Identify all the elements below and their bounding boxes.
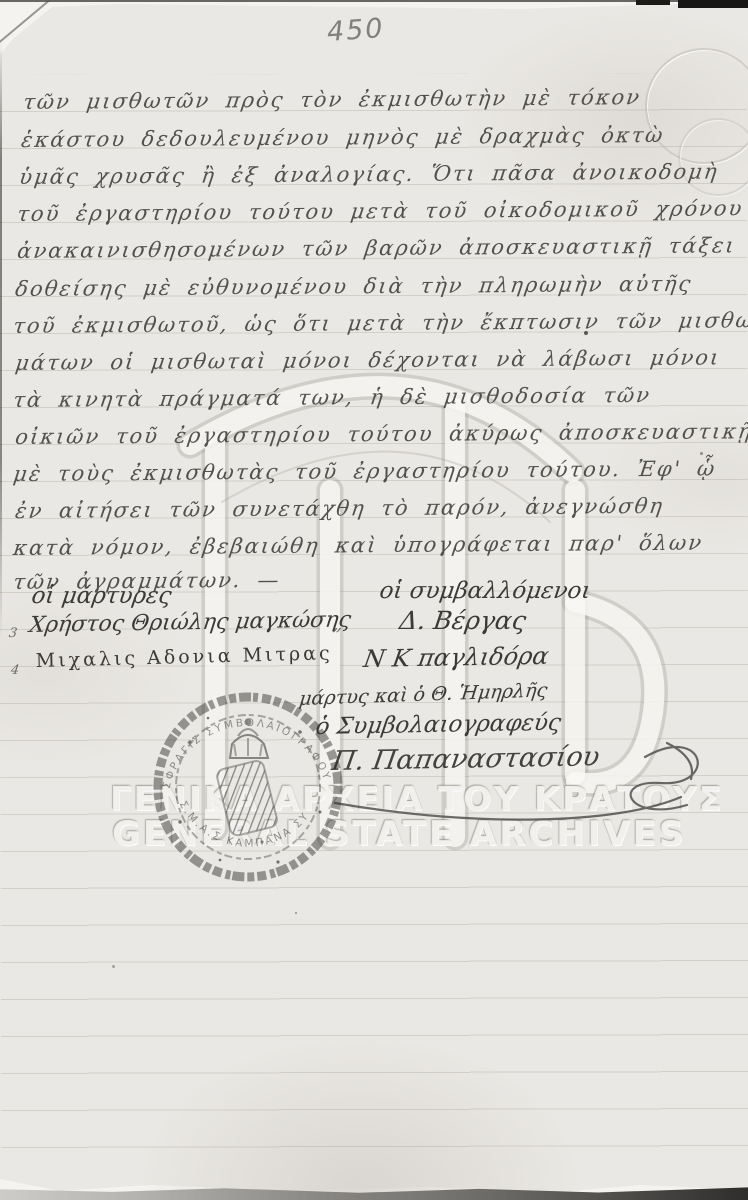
witness-signature-1: Χρήστος Θριώλης μαγκώσης xyxy=(28,609,352,637)
manuscript-line: μὲ τοὺς ἐκμισθωτὰς τοῦ ἐργαστηρίου τούτο… xyxy=(12,458,718,485)
manuscript-line: τὰ κινητὰ πράγματά των, ἡ δὲ μισθοδοσία … xyxy=(12,385,652,411)
manuscript-line: ἐν αἰτήσει τῶν συνετάχθη τὸ παρόν, ἀνεγν… xyxy=(14,496,665,522)
scan-edge-top-right xyxy=(636,0,670,5)
manuscript-line: οἰκιῶν τοῦ ἐργαστηρίου τούτου ἀκύρως ἀπο… xyxy=(14,421,748,448)
manuscript-line: ὑμᾶς χρυσᾶς ἢ ἐξ ἀναλογίας. Ὅτι πᾶσα ἀνο… xyxy=(18,162,720,188)
scanned-archive-page: ΓΕΝΙΚΑ ΑΡΧΕΙΑ ΤΟΥ ΚΡΑΤΟΥΣ GENERAL STATE … xyxy=(0,0,748,1200)
manuscript-line: τοῦ ἐργαστηρίου τούτου μετὰ τοῦ οἰκοδομι… xyxy=(16,198,745,225)
scan-edge-top xyxy=(0,0,748,2)
manuscript-line: τοῦ ἐκμισθωτοῦ, ὡς ὅτι μετὰ τὴν ἔκπτωσιν… xyxy=(12,310,748,337)
manuscript-line: κατὰ νόμον, ἐβεβαιώθη καὶ ὑπογράφεται πα… xyxy=(12,533,704,559)
watermark-text-english: GENERAL STATE ARCHIVES xyxy=(112,814,686,854)
witnesses-header: οἱ μάρτυρες xyxy=(30,585,173,608)
manuscript-line: ἑκάστου δεδουλευμένου μηνὸς μὲ δραχμὰς ὀ… xyxy=(20,125,666,151)
watermark-text-greek: ΓΕΝΙΚΑ ΑΡΧΕΙΑ ΤΟΥ ΚΡΑΤΟΥΣ xyxy=(110,779,724,818)
parties-header: οἱ συμβαλλόμενοι xyxy=(378,580,592,603)
notary-title: ὁ Συμβολαιογραφεύς xyxy=(314,712,562,739)
party-signature-1: Δ. Βέργας xyxy=(398,608,528,633)
manuscript-line: μάτων οἱ μισθωταὶ μόνοι δέχονται νὰ λάβω… xyxy=(14,347,722,374)
manuscript-line: δοθείσης μὲ εὐθυνομένου διὰ τὴν πληρωμὴν… xyxy=(14,274,694,300)
manuscript-line: ἀνακαινισθησομένων τῶν βαρῶν ἀποσκευαστι… xyxy=(16,235,737,262)
party-signature-2: Ν Κ παγλιδόρα xyxy=(362,644,551,671)
page-number: 450 xyxy=(326,13,386,48)
manuscript-line: τῶν μισθωτῶν πρὸς τὸν ἐκμισθωτὴν μὲ τόκο… xyxy=(22,87,642,113)
notary-signature: Π. Παπαναστασίου xyxy=(330,743,601,775)
